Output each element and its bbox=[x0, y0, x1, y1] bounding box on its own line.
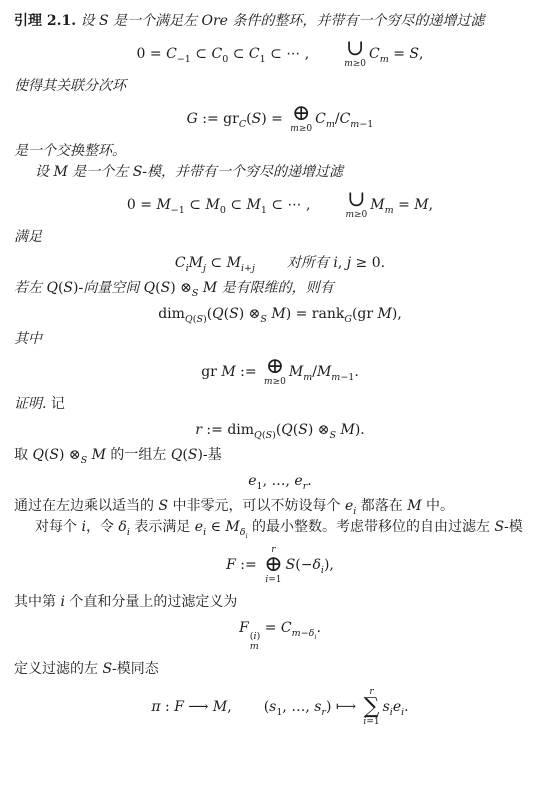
cjk-body-text: 定义过滤的左 bbox=[14, 661, 102, 677]
math-variable: S bbox=[133, 164, 143, 180]
math-operator-text: ⊂ ⋯ , bbox=[266, 46, 310, 62]
math-variable: C bbox=[340, 111, 351, 127]
subscript: S bbox=[260, 314, 267, 325]
math-operator-text: , …, bbox=[263, 473, 295, 489]
cjk-statement-text: 若左 bbox=[14, 280, 46, 296]
math-variable: Ore bbox=[202, 13, 228, 29]
math-variable: C bbox=[211, 46, 222, 62]
math-operator-text: ) = rank bbox=[286, 306, 345, 322]
math-operator-text: (− bbox=[295, 557, 312, 573]
math-operator-text: ⊂ bbox=[226, 197, 247, 213]
proof-paragraph: 通过在左边乘以适当的 S 中非零元，可以不妨设每个 ei 都落在 M 中。 bbox=[14, 497, 546, 516]
math-variable: m bbox=[292, 628, 301, 639]
math-operator-text: ⊂ bbox=[191, 46, 212, 62]
operator-symbol: ⊕ bbox=[264, 555, 282, 575]
proof-paragraph: 其中第 i 个直和分量上的过滤定义为 bbox=[14, 593, 546, 612]
math-variable: C bbox=[369, 46, 380, 62]
math-variable: M bbox=[227, 255, 241, 271]
math-operator-text: ), bbox=[392, 306, 402, 322]
union-operator: ∪m≥0 bbox=[344, 39, 366, 69]
cjk-body-text: -模同态 bbox=[112, 661, 159, 677]
operator-lower-limit: m≥0 bbox=[290, 124, 312, 134]
math-variable: m bbox=[326, 119, 335, 130]
math-variable: Q bbox=[46, 280, 57, 296]
lemma-heading: 引理 2.1. 设 S 是一个满足左 Ore 条件的整环，并带有一个穷尽的递增过… bbox=[14, 12, 546, 31]
math-operator-text: gr bbox=[201, 364, 221, 380]
cjk-body-text: 个直和分量上的过滤定义为 bbox=[65, 594, 237, 610]
document-page: 引理 2.1. 设 S 是一个满足左 Ore 条件的整环，并带有一个穷尽的递增过… bbox=[0, 0, 560, 810]
math-variable: S bbox=[99, 13, 109, 29]
math-operator-text: ≥0 bbox=[273, 377, 286, 387]
math-operator-text: dim bbox=[158, 306, 185, 322]
math-operator-text: ) ⊗ bbox=[239, 306, 261, 322]
math-operator-text: −1 bbox=[340, 372, 354, 383]
operator-lower-limit: m≥0 bbox=[344, 59, 366, 69]
cjk-body-text: 通过在左边乘以适当的 bbox=[14, 498, 158, 514]
math-variable: s bbox=[383, 699, 390, 715]
formula-associated-graded-ring: G := grC(S) = ⊕m≥0Cm/Cm−1 bbox=[14, 104, 546, 134]
math-variable: S bbox=[161, 280, 171, 296]
cjk-body-text: 其中第 bbox=[14, 594, 60, 610]
math-operator-text: . bbox=[404, 699, 408, 715]
math-operator-text: ≥0 bbox=[299, 124, 312, 134]
math-variable: F bbox=[226, 557, 236, 573]
math-variable: S bbox=[494, 519, 504, 535]
math-variable: M bbox=[189, 255, 203, 271]
math-variable: M bbox=[225, 519, 239, 535]
cjk-body-text: -基 bbox=[203, 447, 222, 463]
cjk-body-text: 表示满足 bbox=[130, 519, 195, 535]
formula-free-module-F: F := r⊕i=1S(−δi), bbox=[14, 545, 546, 585]
math-operator-text: := bbox=[236, 364, 261, 380]
math-operator-text: := dim bbox=[202, 422, 254, 438]
subscript: −1 bbox=[177, 54, 191, 65]
math-variable: Q bbox=[212, 306, 223, 322]
math-variable: m bbox=[264, 377, 273, 387]
formula-dimension-rank-equality: dimQ(S)(Q(S) ⊗S M) = rankG(gr M), bbox=[14, 306, 546, 322]
cjk-body-text: 记 bbox=[46, 396, 64, 412]
subscript: G bbox=[344, 314, 352, 325]
math-operator-text: = bbox=[394, 197, 415, 213]
math-variable: Q bbox=[171, 447, 182, 463]
math-variable: M bbox=[92, 447, 106, 463]
formula-definition-of-r: r := dimQ(S)(Q(S) ⊗S M). bbox=[14, 422, 546, 438]
cjk-statement-text: 条件的整环，并带有一个穷尽的递增过滤 bbox=[228, 13, 484, 29]
math-variable: M bbox=[203, 280, 217, 296]
statement-line: 若左 Q(S)-向量空间 Q(S) ⊗S M 是有限维的，则有 bbox=[14, 279, 546, 298]
math-operator-text: , …, bbox=[282, 699, 314, 715]
subscript: Q(S) bbox=[185, 314, 207, 325]
math-operator-text: ≥ 0. bbox=[351, 255, 385, 271]
operator-symbol: ⊕ bbox=[266, 357, 284, 377]
direct-sum-operator: ⊕m≥0 bbox=[264, 357, 286, 387]
cjk-statement-text: 满足 bbox=[14, 229, 42, 245]
formula-module-homomorphism: π : F ⟶ M,(s1, …, sr) ⟼ r∑i=1siei. bbox=[14, 687, 546, 727]
math-variable: π bbox=[151, 699, 160, 715]
operator-symbol: ∪ bbox=[347, 190, 365, 210]
operator-symbol: ∑ bbox=[364, 697, 380, 717]
math-operator-text: 0 = bbox=[137, 46, 167, 62]
math-variable: e bbox=[195, 519, 203, 535]
proof-paragraph: 取 Q(S) ⊗S M 的一组左 Q(S)-基 bbox=[14, 446, 546, 465]
cjk-statement-text: 对所有 bbox=[287, 255, 333, 271]
math-operator-text: ⟶ bbox=[184, 699, 213, 715]
math-operator-text: (gr bbox=[352, 306, 378, 322]
math-variable: m bbox=[380, 54, 389, 65]
math-operator-text: ) ⊗ bbox=[308, 422, 330, 438]
math-operator-text: . bbox=[307, 473, 311, 489]
math-operator-text: −1 bbox=[177, 54, 191, 65]
math-operator-text: , bbox=[227, 699, 231, 715]
math-operator-text: ≥0 bbox=[354, 210, 367, 220]
math-operator-text: = bbox=[389, 46, 410, 62]
math-variable: F bbox=[174, 699, 184, 715]
cjk-statement-text: 设 bbox=[35, 164, 53, 180]
math-variable: S bbox=[188, 447, 198, 463]
math-variable: r bbox=[195, 422, 202, 438]
math-operator-text: ≥0 bbox=[353, 59, 366, 69]
subscript: i+j bbox=[241, 263, 255, 274]
math-variable: C bbox=[281, 620, 292, 636]
math-variable: m bbox=[331, 372, 340, 383]
math-variable: M bbox=[414, 197, 428, 213]
cjk-statement-text: 是一个满足左 bbox=[109, 13, 202, 29]
formula-filtration-of-M: 0 = M−1 ⊂ M0 ⊂ M1 ⊂ ⋯ ,∪m≥0Mm = M, bbox=[14, 190, 546, 220]
cjk-statement-text: 是有限维的，则有 bbox=[217, 280, 333, 296]
math-variable: M bbox=[156, 197, 170, 213]
math-variable: Q bbox=[144, 280, 155, 296]
math-operator-text: := gr bbox=[198, 111, 239, 127]
sup-sub-stack: (i)m bbox=[250, 632, 260, 652]
direct-sum-operator: r⊕i=1 bbox=[264, 545, 282, 585]
math-operator-text: + bbox=[244, 263, 252, 274]
math-variable: S bbox=[229, 306, 239, 322]
math-variable: Q bbox=[281, 422, 292, 438]
subscript: m−1 bbox=[350, 119, 373, 130]
cjk-body-text: 中非零元，可以不妨设每个 bbox=[168, 498, 345, 514]
cjk-body-text: 中。 bbox=[422, 498, 454, 514]
subscript: m bbox=[380, 54, 389, 65]
operator-symbol: ∪ bbox=[346, 39, 364, 59]
statement-line: 设 M 是一个左 S-模，并带有一个穷尽的递增过滤 bbox=[14, 163, 546, 182]
math-variable: S bbox=[409, 46, 419, 62]
subscript: m bbox=[326, 119, 335, 130]
math-variable: M bbox=[271, 306, 285, 322]
formula-filtration-on-summand: F(i)m = Cm−δi. bbox=[14, 620, 546, 651]
math-variable: C bbox=[249, 46, 260, 62]
math-variable: C bbox=[166, 46, 177, 62]
math-variable: M bbox=[289, 364, 303, 380]
math-operator-text: ) ⊗ bbox=[170, 280, 192, 296]
math-variable: C bbox=[315, 111, 326, 127]
math-operator-text: −1 bbox=[171, 205, 185, 216]
bold-heading-text: 引理 2.1. bbox=[14, 13, 76, 29]
formula-compatibility-condition: CiMj ⊂ Mi+j对所有 i, j ≥ 0. bbox=[14, 255, 546, 271]
math-operator-text: ) ⟼ bbox=[326, 699, 360, 715]
math-variable: M bbox=[370, 197, 384, 213]
math-variable: Q bbox=[32, 447, 43, 463]
cjk-statement-text: 是一个交换整环。 bbox=[14, 143, 126, 159]
math-operator-text: ⊂ bbox=[206, 255, 227, 271]
math-operator-text: ) = bbox=[261, 111, 287, 127]
operator-lower-limit: i=1 bbox=[363, 717, 379, 727]
cjk-statement-text: 证明. bbox=[14, 396, 46, 412]
math-variable: G bbox=[344, 314, 352, 325]
math-variable: Q bbox=[185, 314, 193, 325]
math-variable: e bbox=[393, 699, 401, 715]
math-variable: m bbox=[344, 59, 353, 69]
math-variable: M bbox=[340, 422, 354, 438]
math-variable: S bbox=[252, 111, 262, 127]
math-variable: C bbox=[175, 255, 186, 271]
math-operator-text: ⊂ bbox=[228, 46, 249, 62]
math-operator-text: = bbox=[260, 620, 281, 636]
cjk-statement-text: 其中 bbox=[14, 331, 42, 347]
subscript: m bbox=[303, 372, 312, 383]
math-variable: S bbox=[49, 447, 59, 463]
math-operator-text: := bbox=[236, 557, 261, 573]
math-variable: S bbox=[158, 498, 168, 514]
math-variable: G bbox=[187, 111, 198, 127]
math-variable: M bbox=[213, 699, 227, 715]
statement-line: 其中 bbox=[14, 330, 546, 349]
cjk-body-text: 取 bbox=[14, 447, 32, 463]
math-variable: j bbox=[252, 263, 255, 274]
cjk-statement-text: -模，并带有一个穷尽的递增过滤 bbox=[142, 164, 343, 180]
union-operator: ∪m≥0 bbox=[345, 190, 367, 220]
math-variable: M bbox=[378, 306, 392, 322]
cjk-statement-text: -向量空间 bbox=[78, 280, 143, 296]
math-operator-text: : bbox=[161, 699, 175, 715]
math-operator-text: − bbox=[301, 628, 309, 639]
statement-line: 是一个交换整环。 bbox=[14, 142, 546, 161]
math-variable: δ bbox=[118, 519, 126, 535]
subscript: m−δi bbox=[292, 628, 317, 639]
operator-lower-limit: i=1 bbox=[265, 575, 281, 585]
math-operator-text: ⊂ ⋯ , bbox=[267, 197, 311, 213]
math-variable: m bbox=[350, 119, 359, 130]
math-operator-text: ), bbox=[324, 557, 334, 573]
subscript: −1 bbox=[171, 205, 185, 216]
operator-lower-limit: m≥0 bbox=[264, 377, 286, 387]
math-operator-text: =1 bbox=[366, 717, 379, 727]
math-operator-text: ) ⊗ bbox=[59, 447, 81, 463]
math-operator-text: −1 bbox=[359, 119, 373, 130]
math-variable: m bbox=[385, 205, 394, 216]
cjk-statement-text: 使得其关联分次环 bbox=[14, 78, 126, 94]
operator-lower-limit: m≥0 bbox=[345, 210, 367, 220]
subscript: m−1 bbox=[331, 372, 354, 383]
cjk-body-text: 的最小整数。考虑带移位的自由过滤左 bbox=[248, 519, 495, 535]
math-operator-text: ⊂ bbox=[185, 197, 206, 213]
math-variable: e bbox=[248, 473, 256, 489]
subscript: Q(S) bbox=[254, 430, 276, 441]
subscript: m bbox=[385, 205, 394, 216]
math-variable: e bbox=[294, 473, 302, 489]
math-operator-text: . bbox=[354, 364, 358, 380]
math-variable: S bbox=[260, 314, 267, 325]
math-variable: S bbox=[286, 557, 296, 573]
math-variable: S bbox=[63, 280, 73, 296]
math-variable: M bbox=[247, 197, 261, 213]
cjk-body-text: 都落在 bbox=[356, 498, 407, 514]
math-operator-text: =1 bbox=[268, 575, 281, 585]
math-variable: M bbox=[221, 364, 235, 380]
formula-filtration-of-S: 0 = C−1 ⊂ C0 ⊂ C1 ⊂ ⋯ ,∪m≥0Cm = S, bbox=[14, 39, 546, 69]
math-variable: S bbox=[298, 422, 308, 438]
statement-line: 使得其关联分次环 bbox=[14, 77, 546, 96]
math-variable: m bbox=[345, 210, 354, 220]
cjk-statement-text: 设 bbox=[76, 13, 99, 29]
math-operator-text: , bbox=[338, 255, 347, 271]
statement-line: 满足 bbox=[14, 228, 546, 247]
proof-paragraph: 定义过滤的左 S-模同态 bbox=[14, 660, 546, 679]
math-variable: Q bbox=[254, 430, 262, 441]
math-operator-text: ∈ bbox=[206, 519, 225, 535]
direct-sum-operator: ⊕m≥0 bbox=[290, 104, 312, 134]
math-variable: M bbox=[205, 197, 219, 213]
summation-operator: r∑i=1 bbox=[363, 687, 379, 727]
math-operator-text: 0 = bbox=[127, 197, 157, 213]
math-variable: M bbox=[407, 498, 421, 514]
math-variable: F bbox=[239, 620, 249, 636]
cjk-body-text: 的一组左 bbox=[106, 447, 171, 463]
math-variable: m bbox=[303, 372, 312, 383]
math-operator-text: . bbox=[316, 620, 320, 636]
math-operator-text: ). bbox=[355, 422, 365, 438]
proof-start-line: 证明. 记 bbox=[14, 395, 546, 414]
cjk-body-text: 对每个 bbox=[35, 519, 81, 535]
math-variable: δ bbox=[312, 557, 320, 573]
cjk-body-text: ，令 bbox=[86, 519, 118, 535]
math-variable: M bbox=[53, 164, 67, 180]
math-variable: m bbox=[290, 124, 299, 134]
subscript: m bbox=[250, 642, 259, 652]
cjk-body-text: -模 bbox=[504, 519, 523, 535]
cjk-statement-text: 是一个左 bbox=[68, 164, 133, 180]
formula-basis-elements: e1, …, er. bbox=[14, 473, 546, 489]
math-operator-text: , bbox=[419, 46, 423, 62]
subscript: δi bbox=[240, 527, 248, 538]
formula-associated-graded-module: gr M := ⊕m≥0Mm/Mm−1. bbox=[14, 357, 546, 387]
operator-symbol: ⊕ bbox=[292, 104, 310, 124]
math-variable: m bbox=[250, 641, 259, 652]
math-variable: M bbox=[317, 364, 331, 380]
proof-paragraph: 对每个 i，令 δi 表示满足 ei ∈ Mδi 的最小整数。考虑带移位的自由过… bbox=[14, 518, 546, 537]
math-variable: e bbox=[345, 498, 353, 514]
math-operator-text: , bbox=[429, 197, 433, 213]
math-variable: S bbox=[102, 661, 112, 677]
